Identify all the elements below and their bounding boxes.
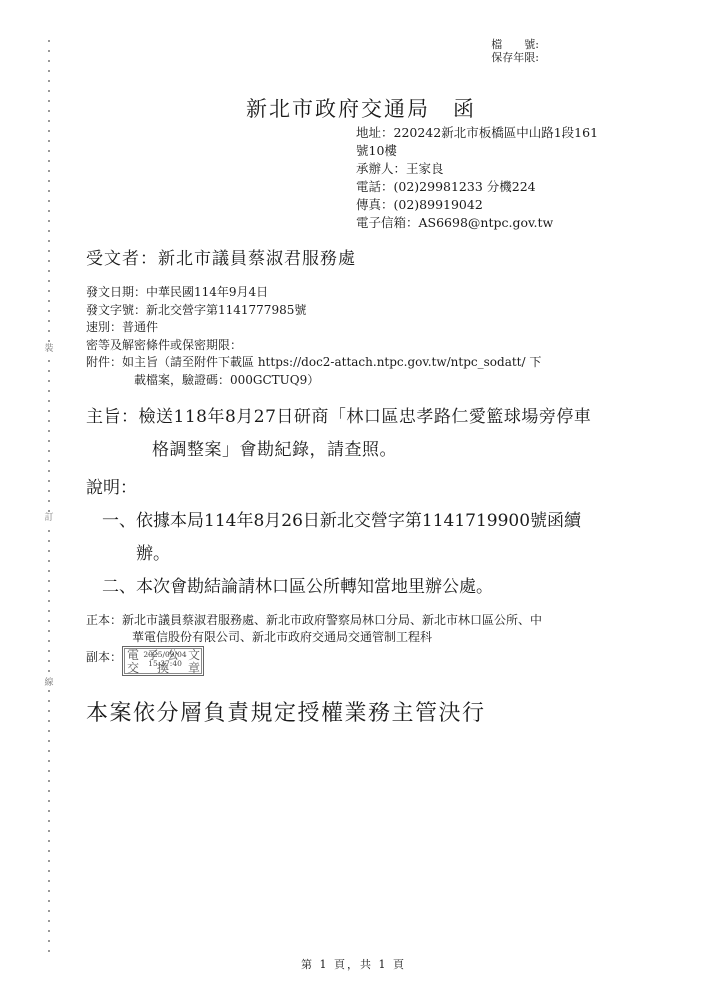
page-footer: 第 1 頁，共 1 頁: [0, 956, 707, 972]
address-line-1: 地址：220242新北市板橋區中山路1段161: [356, 124, 646, 142]
address-line-2: 號10樓: [356, 142, 646, 160]
stamp-time: 15:37:40: [137, 659, 193, 668]
document-meta: 發文日期：中華民國114年9月4日 發文字號：新北交營字第1141777985號…: [86, 284, 541, 389]
recipient: 受文者：新北市議員蔡淑君服務處: [86, 244, 356, 269]
margin-mark-staple: 訂: [43, 512, 55, 524]
contact-block: 地址：220242新北市板橋區中山路1段161 號10樓 承辦人：王家良 電話：…: [356, 124, 646, 232]
subject-section: 主旨：檢送118年8月27日研商「林口區忠孝路仁愛籃球場旁停車 格調整案」會勘紀…: [86, 401, 591, 467]
issue-date: 發文日期：中華民國114年9月4日: [86, 284, 541, 302]
filing-number-label: 檔 號:: [491, 38, 539, 51]
explanation-item-2: 二、本次會勘結論請林口區公所轉知當地里辦公處。: [86, 571, 581, 604]
phone: 電話：(02)29981233 分機224: [356, 178, 646, 196]
original-recipients-line-2: 華電信股份有限公司、新北市政府交通局交通管制工程科: [86, 629, 542, 646]
email: 電子信箱：AS6698@ntpc.gov.tw: [356, 214, 646, 232]
filing-info: 檔 號: 保存年限:: [491, 38, 539, 64]
decision-statement: 本案依分層負責規定授權業務主管決行: [86, 696, 486, 727]
explanation-item-1-cont: 辦。: [86, 538, 581, 571]
handler: 承辦人：王家良: [356, 160, 646, 178]
explanation-heading: 說明：: [86, 472, 581, 505]
subject-line-1: 主旨：檢送118年8月27日研商「林口區忠孝路仁愛籃球場旁停車: [86, 401, 591, 434]
stamp-date: 2025/09/04: [137, 650, 193, 659]
delivery-speed: 速別：普通件: [86, 319, 541, 337]
electronic-exchange-stamp: 電 子 公 文 交 換 章 2025/09/04 15:37:40: [122, 646, 204, 676]
explanation-section: 說明： 一、依據本局114年8月26日新北交營字第1141719900號函續 辦…: [86, 472, 581, 604]
subject-line-2: 格調整案」會勘紀錄，請查照。: [86, 434, 591, 467]
margin-mark-bind: 裝: [43, 343, 55, 355]
stamp-timestamp: 2025/09/04 15:37:40: [137, 650, 193, 668]
original-recipients-line-1: 正本：新北市議員蔡淑君服務處、新北市政府警察局林口分局、新北市林口區公所、中: [86, 612, 542, 629]
explanation-item-1: 一、依據本局114年8月26日新北交營字第1141719900號函續: [86, 505, 581, 538]
attachment-line-1: 附件：如主旨（請至附件下載區 https://doc2-attach.ntpc.…: [86, 354, 541, 372]
document-title: 新北市政府交通局 函: [246, 93, 476, 123]
attachment-line-2: 載檔案，驗證碼：000GCTUQ9）: [86, 372, 541, 390]
fax: 傳真：(02)89919042: [356, 196, 646, 214]
binding-margin-line: [48, 40, 50, 960]
margin-mark-line: 線: [43, 677, 55, 689]
cc-label: 副本：: [86, 649, 122, 666]
secrecy-level: 密等及解密條件或保密期限：: [86, 337, 541, 355]
retention-label: 保存年限:: [491, 51, 539, 64]
cc-row: 副本： 電 子 公 文 交 換 章 2025/09/04 15:37:40: [86, 646, 542, 676]
copies-section: 正本：新北市議員蔡淑君服務處、新北市政府警察局林口分局、新北市林口區公所、中 華…: [86, 612, 542, 676]
document-number: 發文字號：新北交營字第1141777985號: [86, 302, 541, 320]
